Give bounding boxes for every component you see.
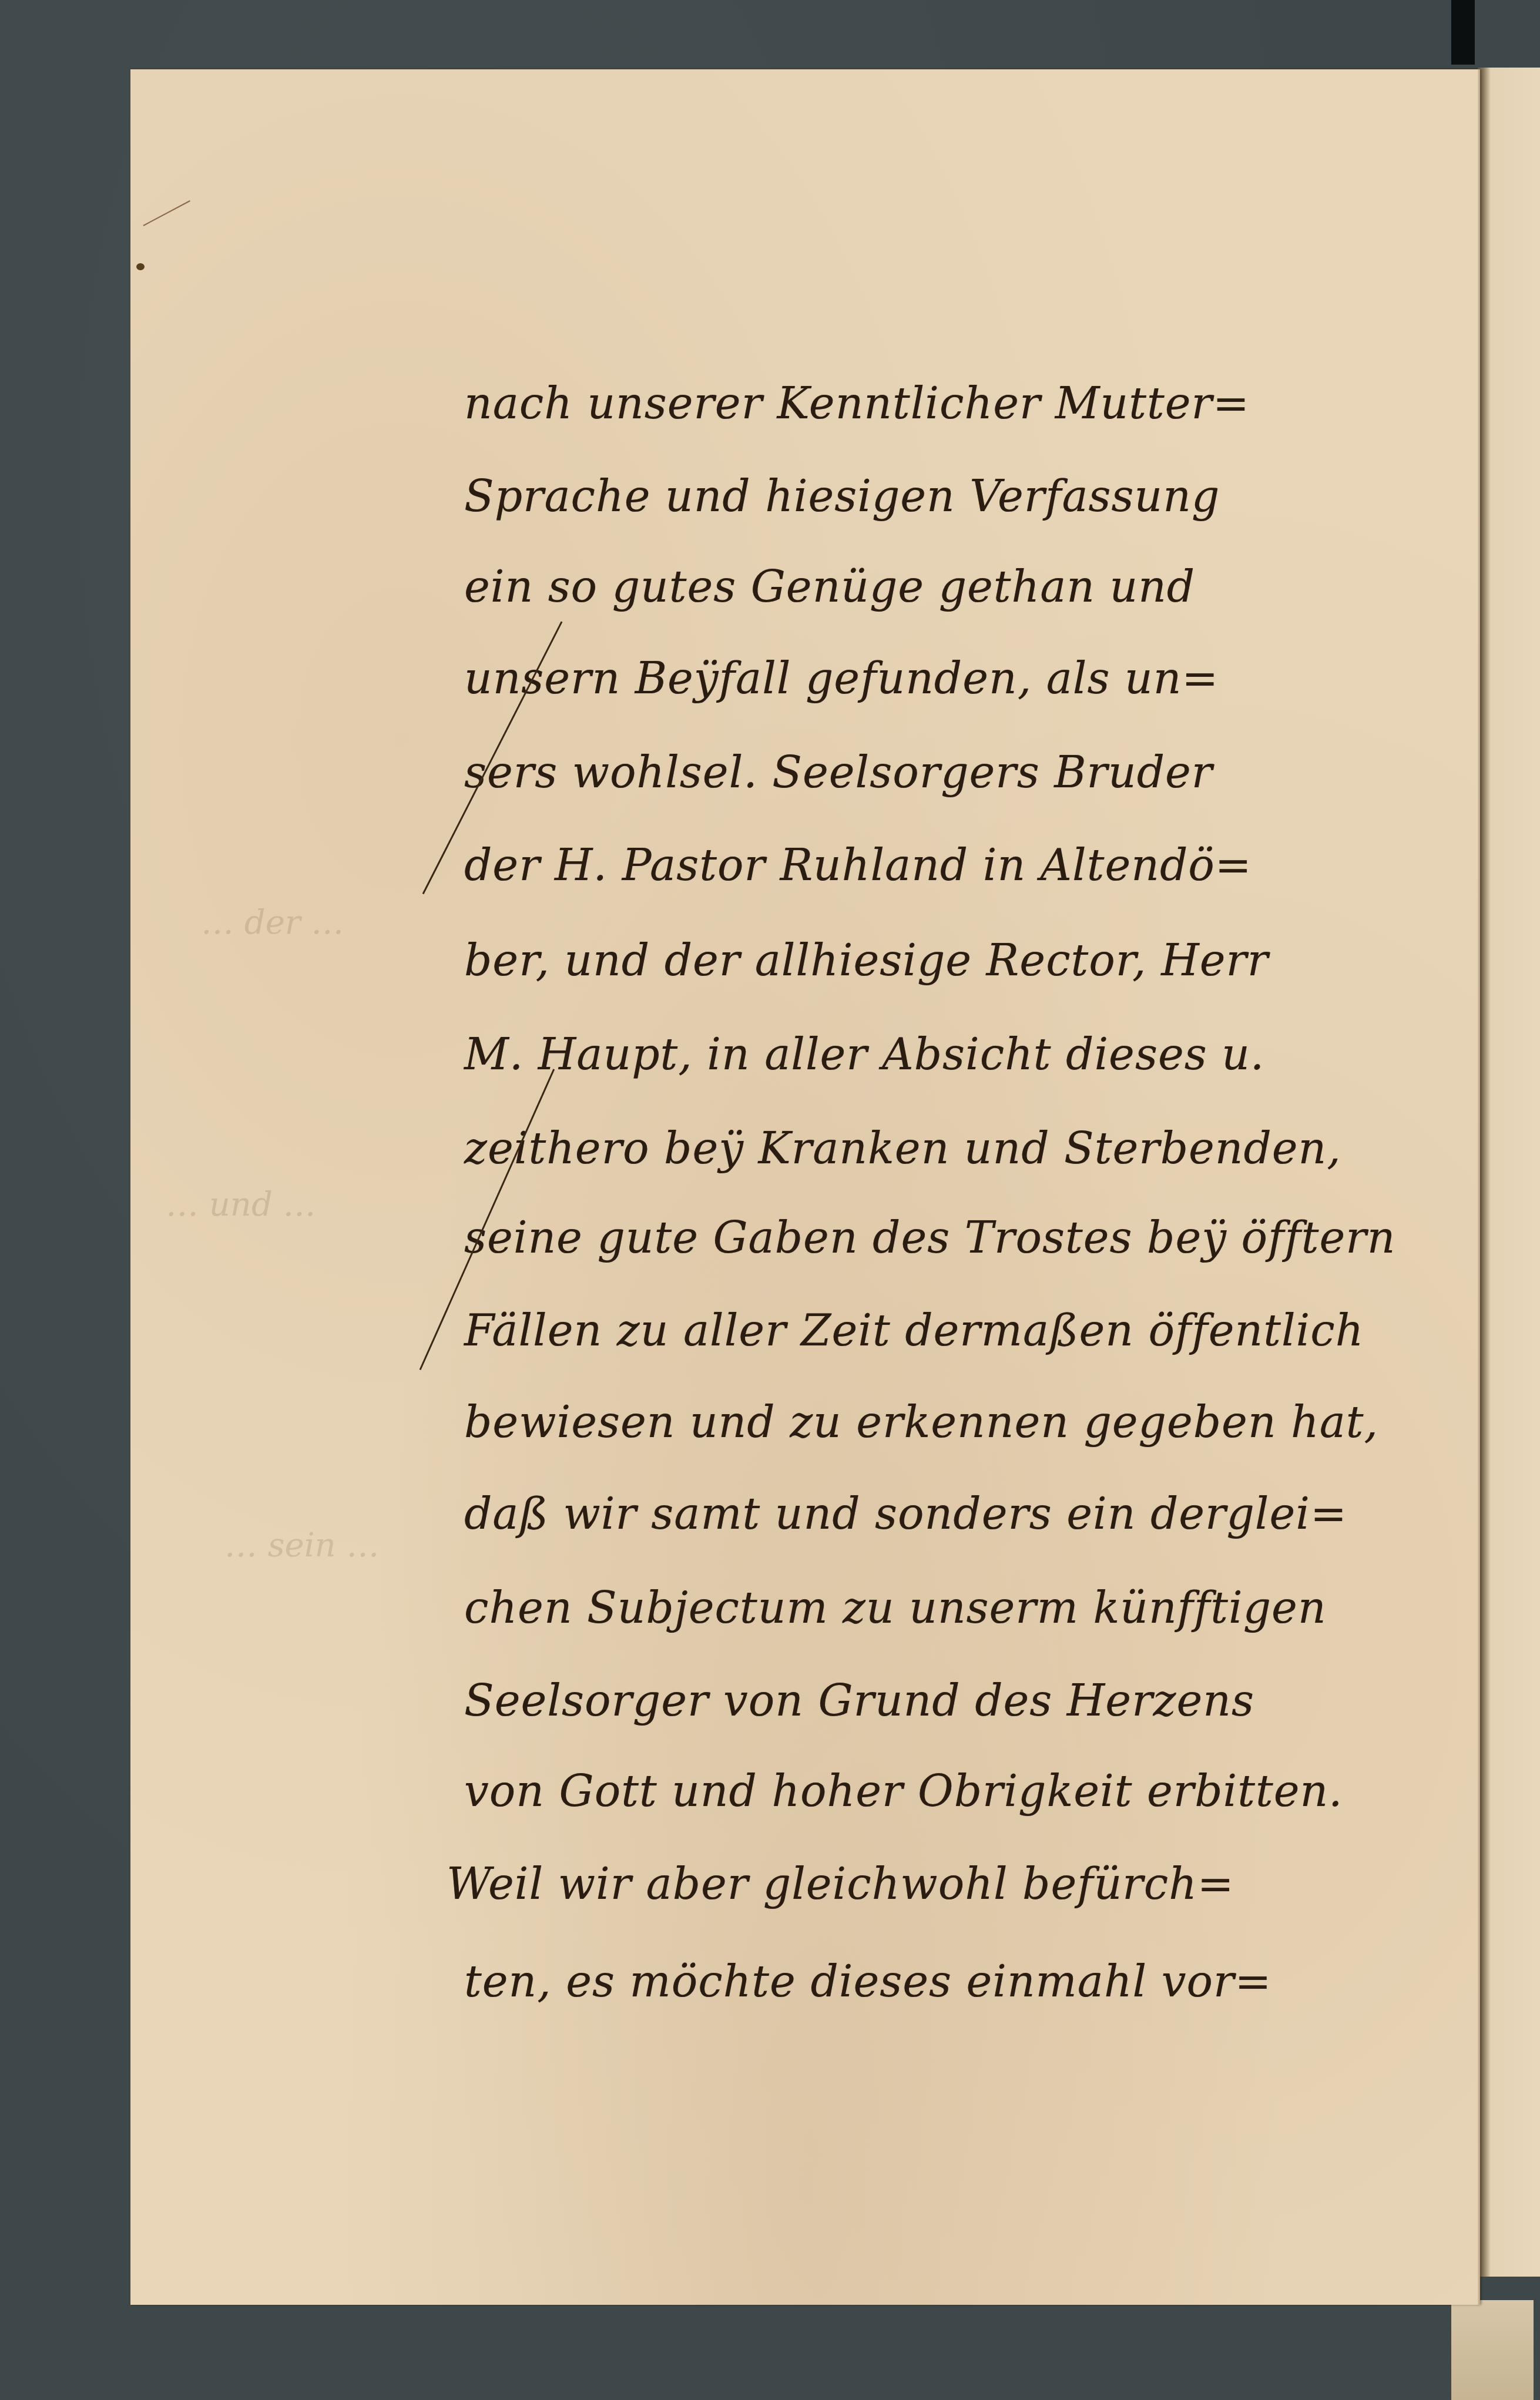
manuscript-line-14: chen Subjectum zu unserm künfftigen [464,1586,1504,1630]
adjacent-page-tab [1451,2300,1534,2400]
manuscript-line-9: zeithero beÿ Kranken und Sterbenden, [464,1127,1504,1170]
manuscript-line-3: ein so gutes Genüge gethan und [464,565,1504,609]
show-through-text: … der … [201,904,344,942]
manuscript-line-7: ber, und der allhiesige Rector, Herr [464,939,1504,982]
manuscript-line-13: daß wir samt und sonders ein derglei= [464,1492,1504,1536]
manuscript-line-16: von Gott und hoher Obrigkeit erbitten. [464,1770,1504,1813]
manuscript-line-18: ten, es möchte dieses einmahl vor= [464,1960,1504,2003]
margin-pen-stroke [143,200,190,226]
manuscript-line-6: der H. Pastor Ruhland in Altendö= [464,844,1504,887]
show-through-text: … sein … [224,1526,379,1565]
show-through-text: … und … [166,1186,316,1224]
binding-shadow [1451,0,1475,65]
manuscript-line-15: Seelsorger von Grund des Herzens [464,1679,1504,1723]
manuscript-line-5: sers wohlsel. Seelsorgers Bruder [464,751,1504,794]
manuscript-line-10: seine gute Gaben des Trostes beÿ öfftern [464,1216,1504,1260]
manuscript-line-2: Sprache und hiesigen Verfassung [464,475,1504,518]
manuscript-line-1: nach unserer Kenntlicher Mutter= [464,382,1504,425]
manuscript-line-12: bewiesen und zu erkennen gegeben hat, [464,1401,1504,1444]
ink-blot-icon [136,263,145,270]
manuscript-line-8: M. Haupt, in aller Absicht dieses u. [464,1033,1504,1076]
manuscript-line-17: Weil wir aber gleichwohl befürch= [447,1862,1487,1906]
manuscript-line-11: Fällen zu aller Zeit dermaßen öffentlich [464,1309,1504,1352]
manuscript-line-4: unsern Beÿfall gefunden, als un= [464,657,1504,700]
